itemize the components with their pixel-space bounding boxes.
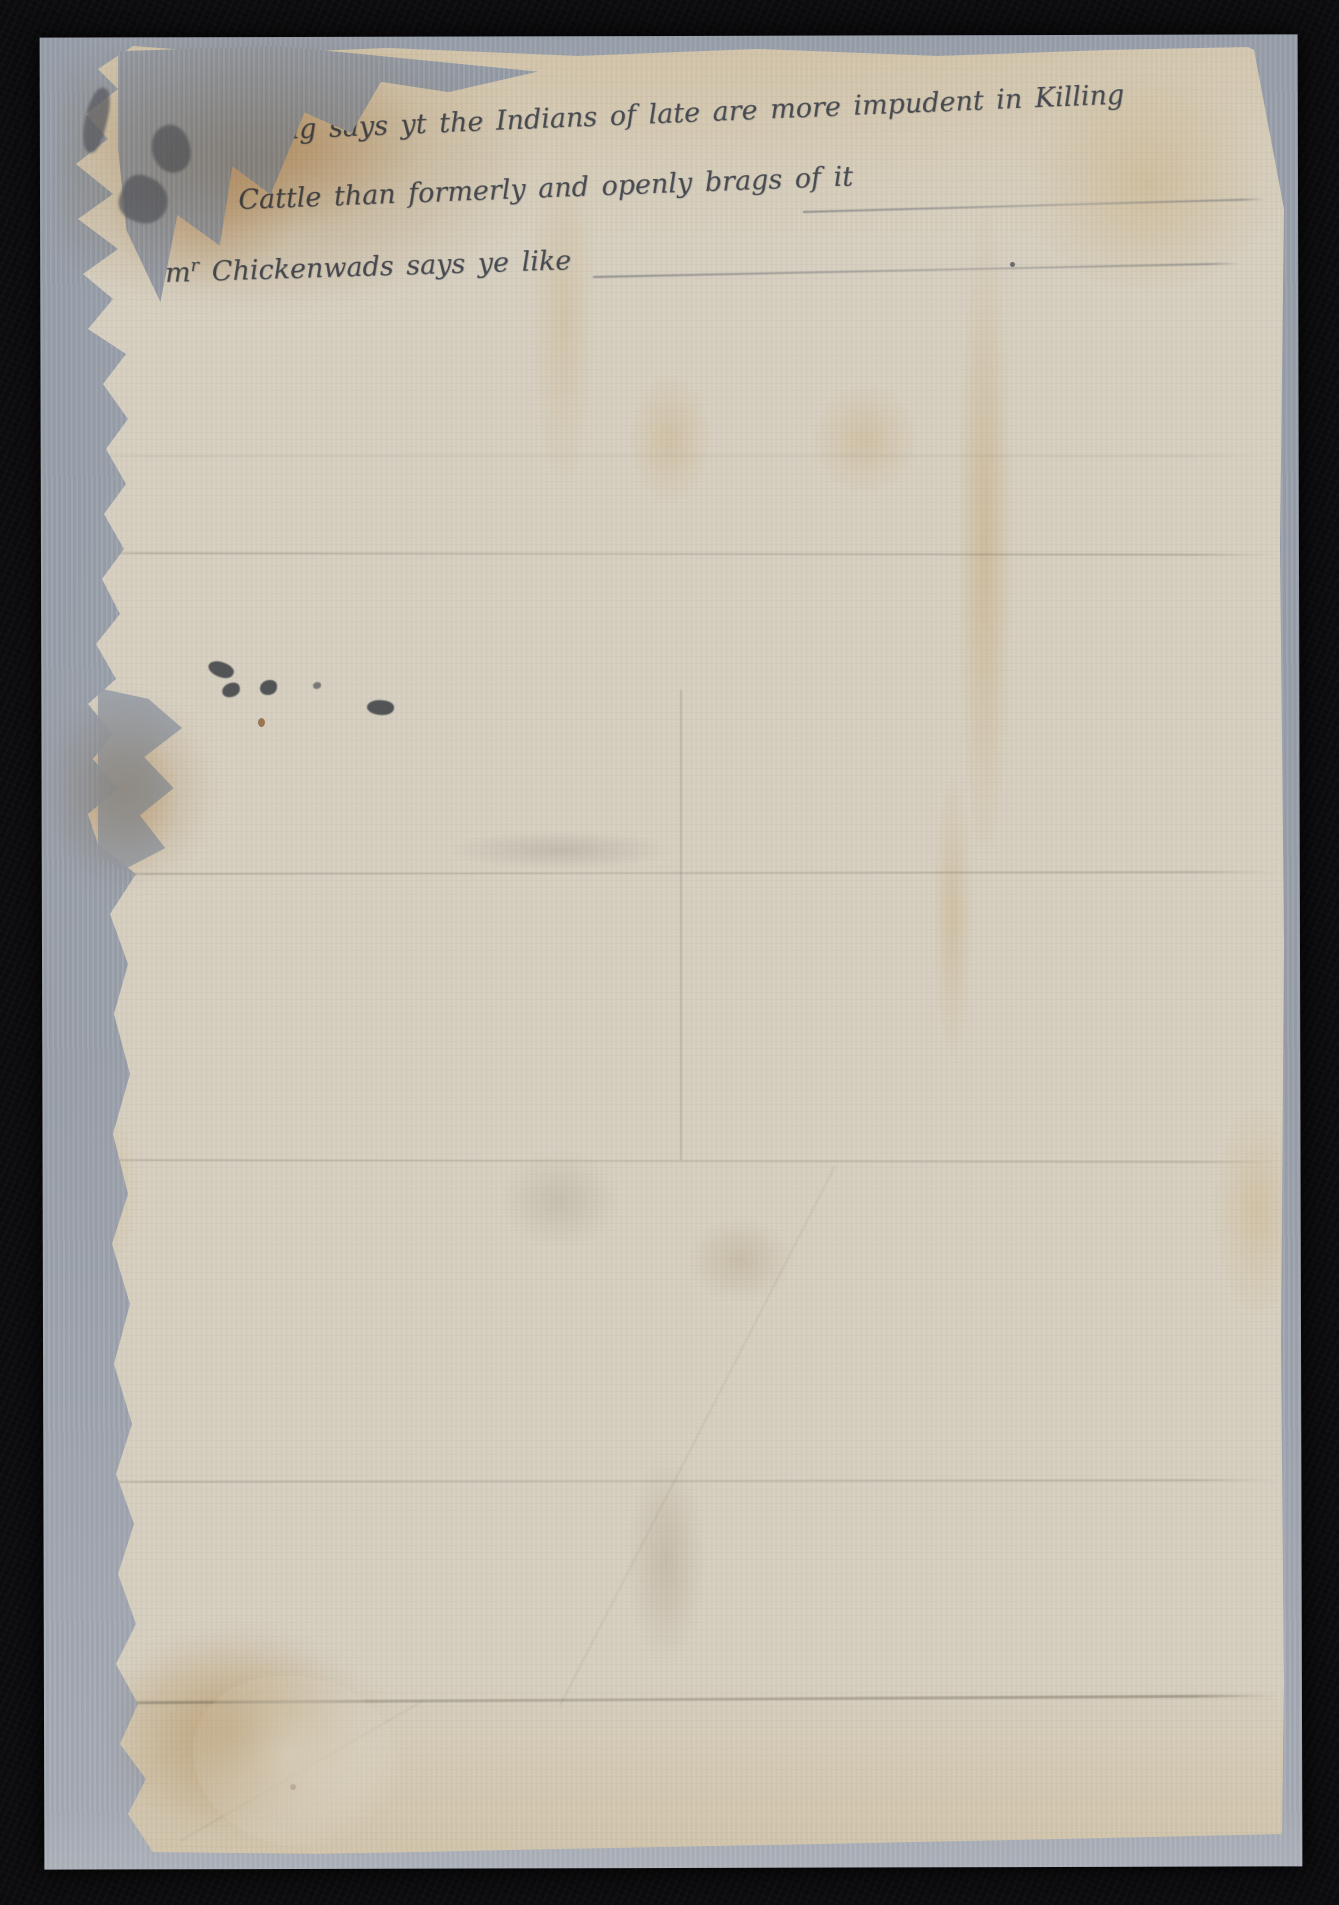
vertical-crease	[680, 690, 682, 1160]
fold-crease	[64, 455, 1278, 457]
tan-stain	[120, 1620, 380, 1830]
ink-blot	[206, 657, 236, 682]
archival-photo: mr Evading says yt the Indians of late a…	[0, 0, 1339, 1905]
fold-crease	[64, 1159, 1278, 1163]
tan-stain	[55, 690, 215, 890]
fold-crease	[64, 1479, 1278, 1483]
ink-blot	[260, 680, 277, 695]
ink-blot	[366, 698, 395, 717]
flourish-dash-line	[593, 262, 1241, 278]
diagonal-crease	[559, 1166, 835, 1706]
rust-speck	[258, 718, 265, 727]
fold-crease	[64, 552, 1278, 556]
flourish-dash-line	[803, 198, 1265, 213]
manuscript-page: mr Evading says yt the Indians of late a…	[58, 44, 1284, 1854]
tan-stain	[60, 40, 530, 310]
ink-blot	[221, 682, 241, 699]
ink-blot	[313, 682, 321, 689]
ink-speck	[1010, 262, 1015, 267]
fold-crease	[64, 871, 1278, 875]
